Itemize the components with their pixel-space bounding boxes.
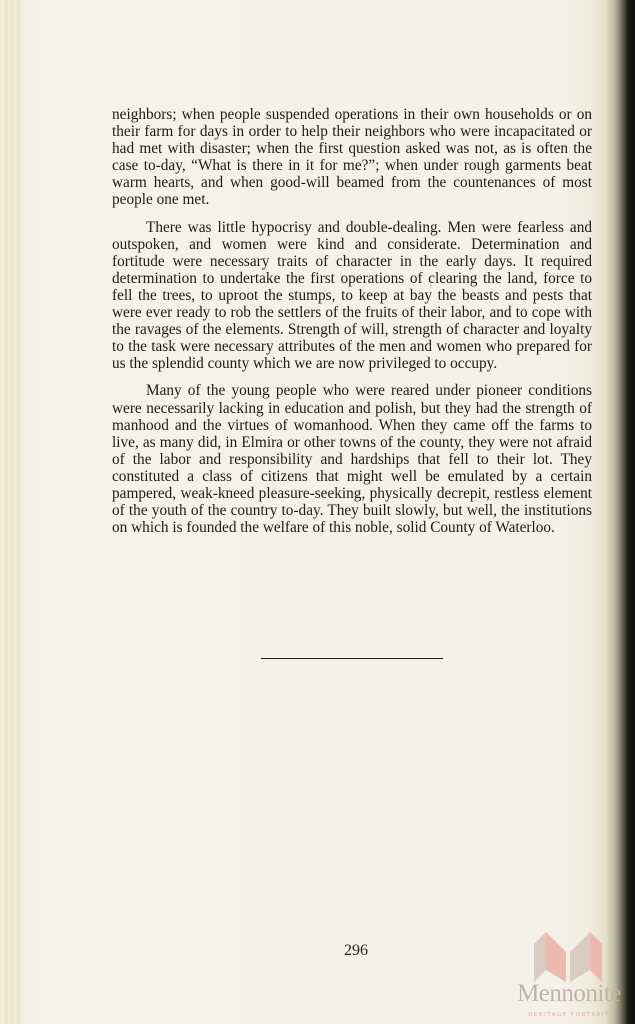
paragraph-1: neighbors; when people suspended operati… [112,106,592,209]
paragraph-2: There was little hypocrisy and double-de… [112,219,592,373]
paragraph-3: Many of the young people who were reared… [112,382,592,536]
mennonite-m-logo-icon [532,930,604,982]
section-divider [261,658,443,659]
watermark-tagline: HERITAGE PORTRAIT [506,1012,632,1018]
book-page: neighbors; when people suspended operati… [0,0,635,1024]
watermark-name: Mennonite [506,980,632,1008]
body-text: neighbors; when people suspended operati… [112,106,592,546]
mennonite-watermark: Mennonite HERITAGE PORTRAIT [506,930,632,1024]
